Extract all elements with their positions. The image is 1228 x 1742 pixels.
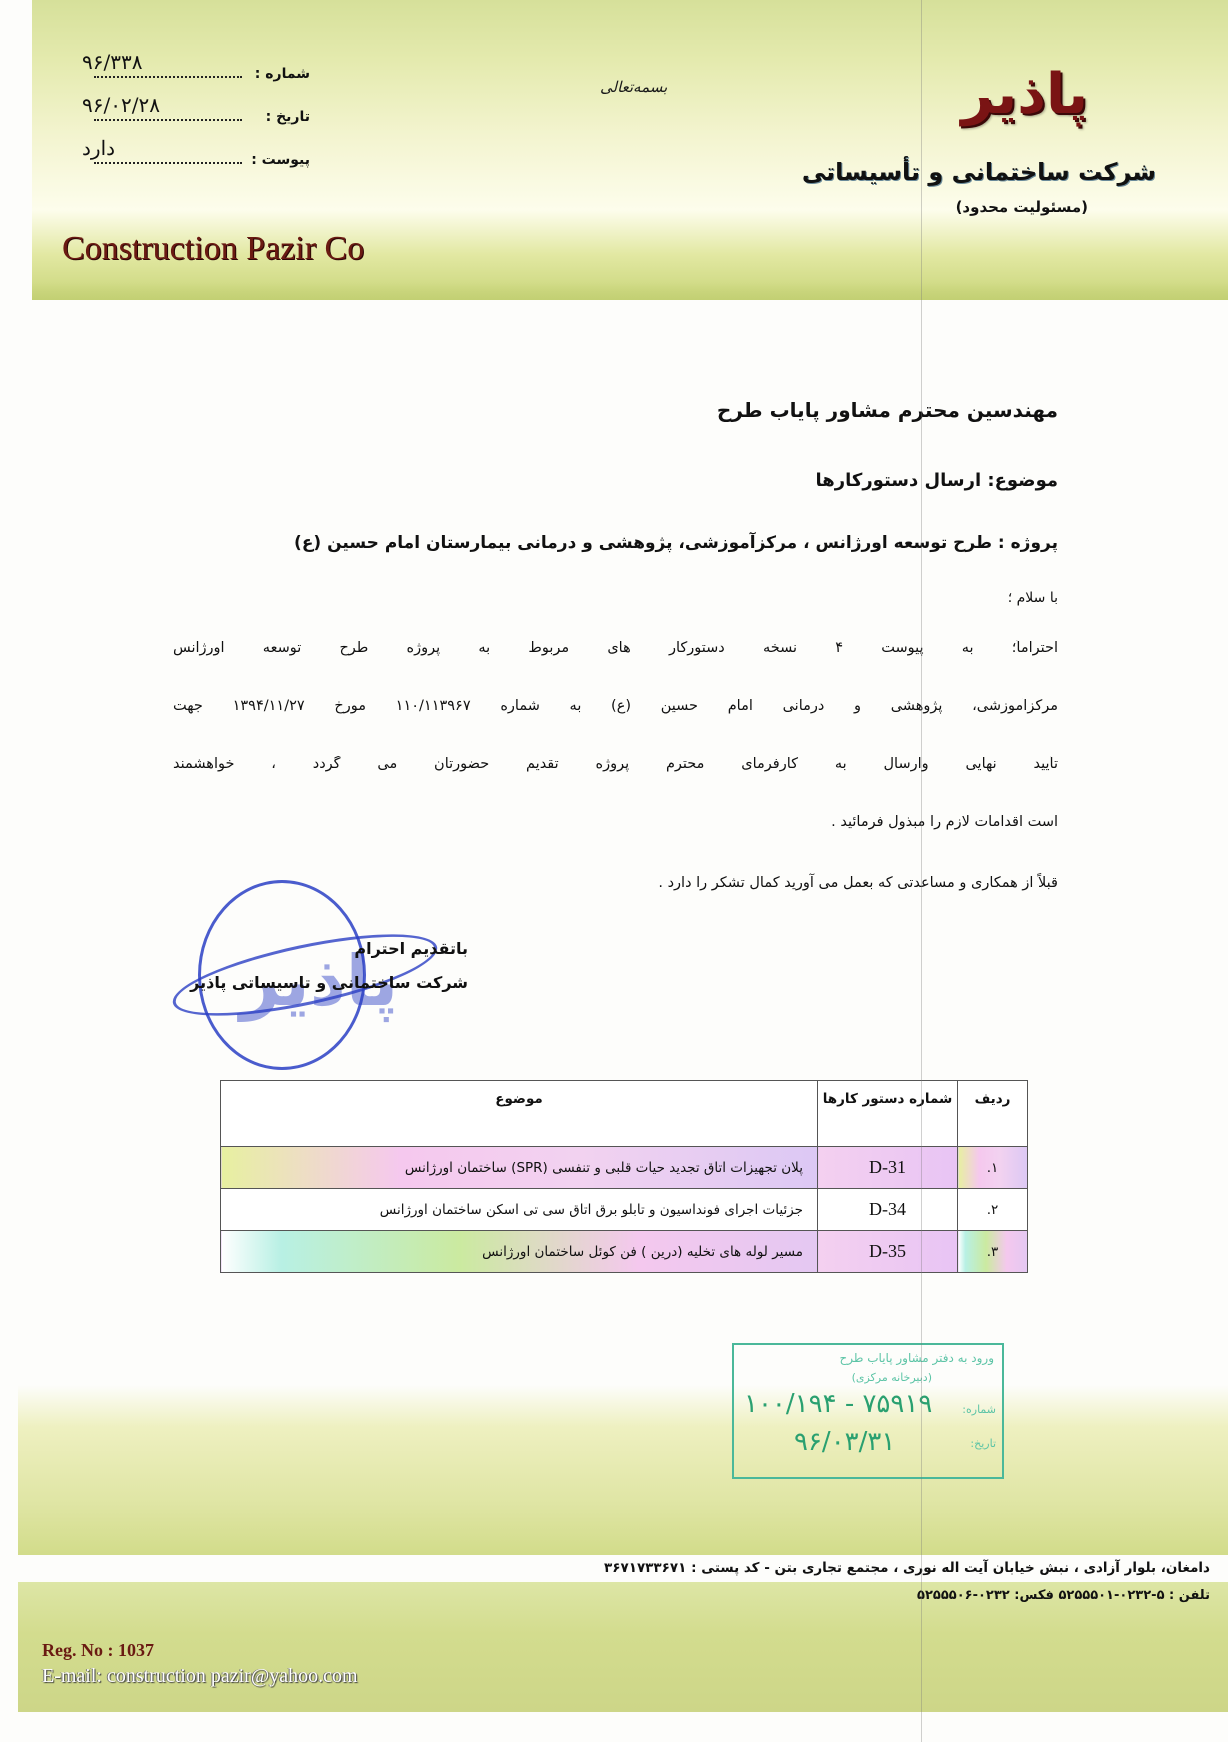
company-logo: پاذیر xyxy=(961,62,1088,127)
subject-line: موضوع: ارسال دستورکارها xyxy=(815,470,1058,491)
paragraph-line: مرکزآموزشی، پژوهشی و درمانی امام حسین (ع… xyxy=(173,698,1058,714)
received-date-label: تاریخ: xyxy=(970,1437,996,1450)
table-row: ۲. D-34 جزئیات اجرای فونداسیون و تابلو ب… xyxy=(221,1189,1028,1231)
row-index: ۳. xyxy=(958,1231,1028,1273)
received-number-label: شماره: xyxy=(962,1403,996,1416)
signoff-regards: باتقدیم احترام xyxy=(190,932,468,966)
footer-email: E-mail: construction pazir@yahoo.com xyxy=(42,1665,358,1688)
registration-number: Reg. No : 1037 xyxy=(42,1640,154,1661)
closing-line: قبلاً از همکاری و مساعدتی که بعمل می آور… xyxy=(658,875,1058,891)
row-code: D-31 xyxy=(818,1147,958,1189)
paragraph-line: است اقدامات لازم را مبذول فرمائید . xyxy=(173,814,1058,830)
footer-band xyxy=(18,1385,1228,1555)
row-code: D-34 xyxy=(818,1189,958,1231)
number-label: شماره : xyxy=(255,66,310,82)
meta-attachment-row: پیوست : دارد xyxy=(70,138,310,181)
signoff: باتقدیم احترام شرکت ساختمانی و تاسیساتی … xyxy=(190,932,468,1000)
number-value: ۹۶/۳۳۸ xyxy=(82,50,142,74)
letter-page: شماره : ۹۶/۳۳۸ تاریخ : ۹۶/۰۲/۲۸ پیوست : … xyxy=(0,0,1228,1742)
attachment-value: دارد xyxy=(82,136,115,160)
meta-number-row: شماره : ۹۶/۳۳۸ xyxy=(70,52,310,95)
greeting: با سلام ؛ xyxy=(1008,590,1058,606)
header-code: شماره دستور کارها xyxy=(818,1081,958,1147)
date-label: تاریخ : xyxy=(266,109,310,125)
signoff-company: شرکت ساختمانی و تاسیساتی پاذیر xyxy=(190,966,468,1000)
table-row: ۳. D-35 مسیر لوله های تخلیه (درین ) فن ک… xyxy=(221,1231,1028,1273)
received-stamp-title: ورود به دفتر مشاور پایاب طرح xyxy=(840,1351,994,1365)
footer-address: دامغان، بلوار آزادی ، نبش خیابان آیت اله… xyxy=(604,1560,1210,1576)
received-number-value: ۱۰۰/۱۹۴ - ۷۵۹۱۹ xyxy=(744,1389,932,1419)
company-name-fa: شرکت ساختمانی و تأسیساتی xyxy=(802,158,1156,186)
header-index: ردیف xyxy=(958,1081,1028,1147)
received-date-value: ۹۶/۰۳/۳۱ xyxy=(794,1427,895,1457)
paragraph-line: احتراماً؛ به پیوست ۴ نسخه دستورکار های م… xyxy=(173,640,1058,656)
bismillah: بسمه‌تعالی xyxy=(600,78,667,96)
dotted-line xyxy=(94,162,242,164)
work-orders-table: ردیف شماره دستور کارها موضوع ۱. D-31 پلا… xyxy=(220,1080,1028,1273)
company-ltd: (مسئولیت محدود) xyxy=(956,198,1088,216)
dotted-line xyxy=(94,76,242,78)
received-stamp: ورود به دفتر مشاور پایاب طرح (دبیرخانه م… xyxy=(732,1343,1004,1479)
date-value: ۹۶/۰۲/۲۸ xyxy=(82,93,160,117)
meta-date-row: تاریخ : ۹۶/۰۲/۲۸ xyxy=(70,95,310,138)
row-code: D-35 xyxy=(818,1231,958,1273)
attachment-label: پیوست : xyxy=(251,152,310,168)
received-stamp-subtitle: (دبیرخانه مرکزی) xyxy=(852,1371,932,1384)
table-row: ۱. D-31 پلان تجهیزات اتاق تجدید حیات قلب… xyxy=(221,1147,1028,1189)
header-topic: موضوع xyxy=(221,1081,818,1147)
row-topic: جزئیات اجرای فونداسیون و تابلو برق اتاق … xyxy=(221,1189,818,1231)
addressee: مهندسین محترم مشاور پایاب طرح xyxy=(717,398,1058,422)
table-header-row: ردیف شماره دستور کارها موضوع xyxy=(221,1081,1028,1147)
row-topic: پلان تجهیزات اتاق تجدید حیات قلبی و تنفس… xyxy=(221,1147,818,1189)
footer-phone: تلفن : ۵-۰۲۳۲-۵۲۵۵۵۰۱ فکس: ۰۲۳۲-۵۲۵۵۵۰۶ xyxy=(917,1588,1210,1603)
row-index: ۱. xyxy=(958,1147,1028,1189)
company-name-en: Construction Pazir Co xyxy=(62,230,364,268)
dotted-line xyxy=(94,119,242,121)
paragraph-line: تأیید نهایی وارسال به کارفرمای محترم پرو… xyxy=(173,756,1058,772)
scan-fold-line xyxy=(921,0,922,1742)
project-line: پروژه : طرح توسعه اورژانس ، مرکزآموزشی، … xyxy=(294,533,1058,553)
row-index: ۲. xyxy=(958,1189,1028,1231)
row-topic: مسیر لوله های تخلیه (درین ) فن کوئل ساخت… xyxy=(221,1231,818,1273)
letter-meta: شماره : ۹۶/۳۳۸ تاریخ : ۹۶/۰۲/۲۸ پیوست : … xyxy=(70,52,310,181)
